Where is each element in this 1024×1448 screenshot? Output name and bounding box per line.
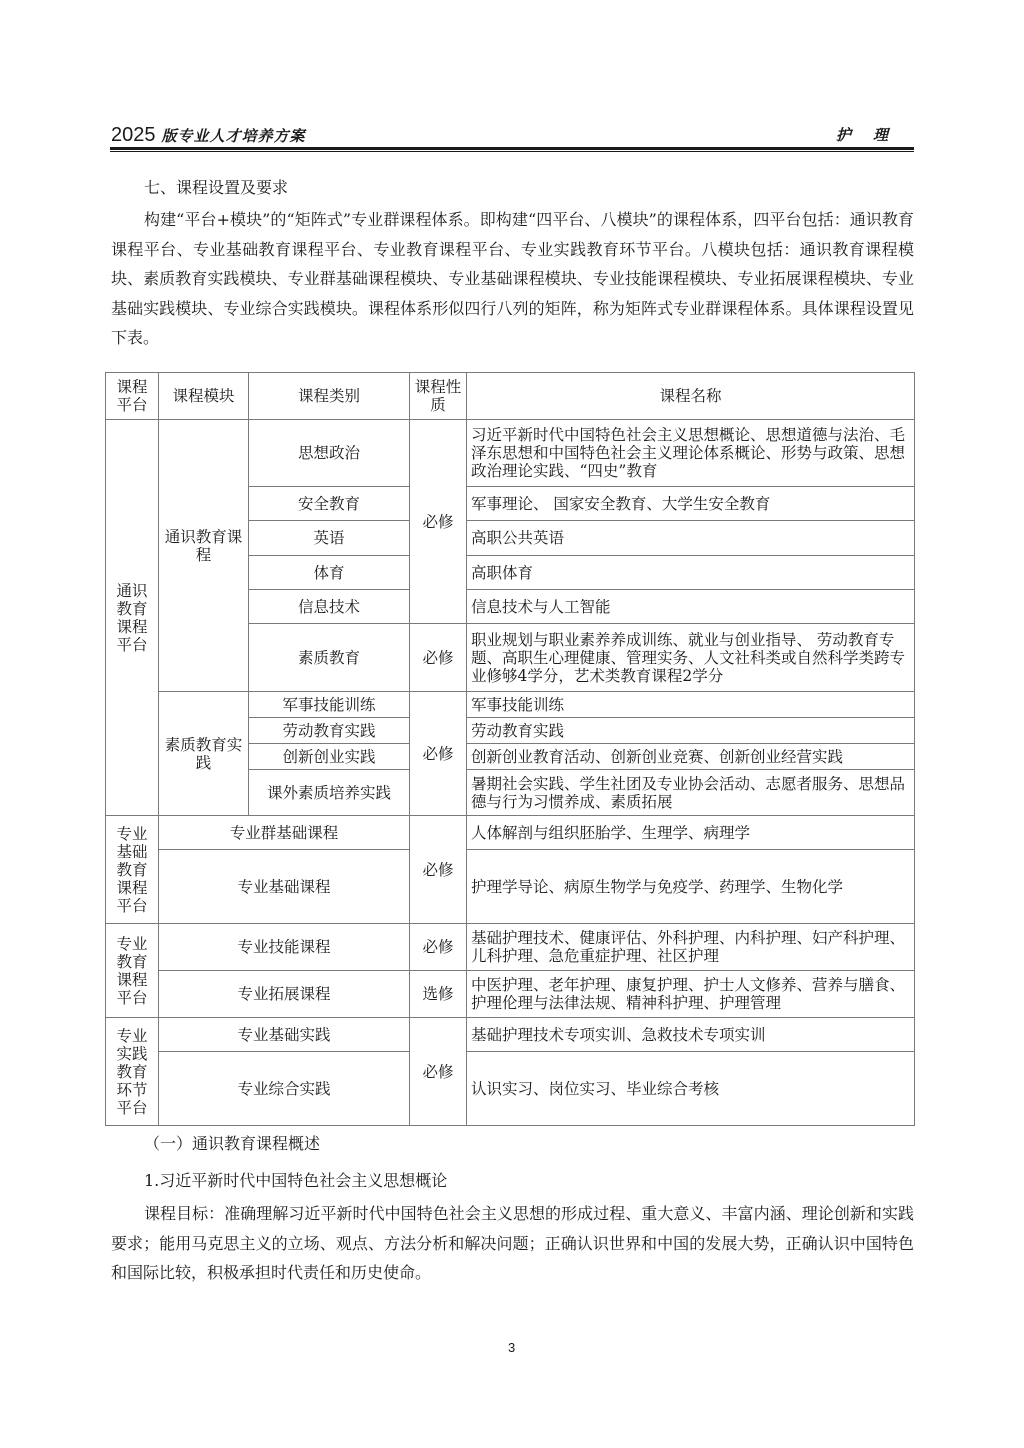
module-cell: 通识教育课程 (159, 420, 249, 692)
courses-cell: 中医护理、老年护理、康复护理、护士人文修养、营养与膳食、护理伦理与法律法规、精神… (467, 971, 915, 1018)
table-row: 专业基础课程 护理学导论、病原生物学与免疫学、药理学、生物化学 (106, 850, 915, 924)
course-table: 课程平台 课程模块 课程类别 课程性质 课程名称 通识教育课程平台 通识教育课程… (105, 372, 915, 1126)
courses-cell: 劳动教育实践 (467, 718, 915, 744)
nature-cell: 必修 (410, 1018, 467, 1126)
header-platform: 课程平台 (106, 373, 159, 420)
nature-cell: 选修 (410, 971, 467, 1018)
header-category: 课程类别 (249, 373, 410, 420)
category-cell: 安全教育 (249, 487, 410, 521)
courses-cell: 信息技术与人工智能 (467, 590, 915, 624)
courses-cell: 创新创业教育活动、创新创业竞赛、创新创业经营实践 (467, 744, 915, 770)
module-cell: 素质教育实践 (159, 692, 249, 816)
header-module: 课程模块 (159, 373, 249, 420)
category-cell: 英语 (249, 521, 410, 556)
nature-cell: 必修 (410, 924, 467, 971)
header-year: 2025 (111, 124, 156, 146)
section-intro-paragraph: 构建“平台+模块”的“矩阵式”专业群课程体系。即构建“四平台、八模块”的课程体系… (111, 205, 914, 353)
header-document-title: 2025 版专业人才培养方案 (111, 124, 306, 147)
header-rule-thin (110, 151, 914, 152)
category-cell: 信息技术 (249, 590, 410, 624)
module-cell: 专业基础课程 (159, 850, 410, 924)
module-cell: 专业拓展课程 (159, 971, 410, 1018)
category-cell: 思想政治 (249, 420, 410, 487)
platform-cell: 专业实践教育环节平台 (106, 1018, 159, 1126)
header-title: 版专业人才培养方案 (162, 127, 306, 145)
courses-cell: 高职体育 (467, 556, 915, 590)
module-cell: 专业综合实践 (159, 1052, 410, 1126)
platform-cell: 专业教育课程平台 (106, 924, 159, 1018)
section-title: 七、课程设置及要求 (144, 178, 288, 198)
category-cell: 军事技能训练 (249, 692, 410, 718)
courses-cell: 高职公共英语 (467, 521, 915, 556)
courses-cell: 人体解剖与组织胚胎学、生理学、病理学 (467, 816, 915, 850)
table-row: 素质教育实践 军事技能训练 必修 军事技能训练 (106, 692, 915, 718)
platform-cell: 专业基础教育课程平台 (106, 816, 159, 924)
courses-cell: 基础护理技术、健康评估、外科护理、内科护理、妇产科护理、儿科护理、急危重症护理、… (467, 924, 915, 971)
category-cell: 课外素质培养实践 (249, 770, 410, 816)
courses-cell: 护理学导论、病原生物学与免疫学、药理学、生物化学 (467, 850, 915, 924)
nature-cell: 必修 (410, 692, 467, 816)
module-cell: 专业基础实践 (159, 1018, 410, 1052)
category-cell: 劳动教育实践 (249, 718, 410, 744)
course-item-title: 1.习近平新时代中国特色社会主义思想概论 (144, 1171, 447, 1191)
nature-cell: 必修 (410, 816, 467, 924)
header-nature: 课程性质 (410, 373, 467, 420)
nature-cell: 必修 (410, 624, 467, 692)
category-cell: 创新创业实践 (249, 744, 410, 770)
courses-cell: 习近平新时代中国特色社会主义思想概论、思想道德与法治、毛泽东思想和中国特色社会主… (467, 420, 915, 487)
courses-cell: 基础护理技术专项实训、急救技术专项实训 (467, 1018, 915, 1052)
module-cell: 专业技能课程 (159, 924, 410, 971)
courses-cell: 军事技能训练 (467, 692, 915, 718)
table-row: 专业教育课程平台 专业技能课程 必修 基础护理技术、健康评估、外科护理、内科护理… (106, 924, 915, 971)
table-row: 专业基础教育课程平台 专业群基础课程 必修 人体解剖与组织胚胎学、生理学、病理学 (106, 816, 915, 850)
courses-cell: 认识实习、岗位实习、毕业综合考核 (467, 1052, 915, 1126)
platform-cell: 通识教育课程平台 (106, 420, 159, 816)
courses-cell: 暑期社会实践、学生社团及专业协会活动、志愿者服务、思想品德与行为习惯养成、素质拓… (467, 770, 915, 816)
table-row: 专业拓展课程 选修 中医护理、老年护理、康复护理、护士人文修养、营养与膳食、护理… (106, 971, 915, 1018)
courses-cell: 军事理论、 国家安全教育、大学生安全教育 (467, 487, 915, 521)
page-header: 2025 版专业人才培养方案 护理 (111, 124, 914, 146)
page-number: 3 (508, 1340, 515, 1355)
nature-cell: 必修 (410, 420, 467, 624)
table-row: 通识教育课程平台 通识教育课程 思想政治 必修 习近平新时代中国特色社会主义思想… (106, 420, 915, 487)
table-header-row: 课程平台 课程模块 课程类别 课程性质 课程名称 (106, 373, 915, 420)
course-objective-paragraph: 课程目标：准确理解习近平新时代中国特色社会主义思想的形成过程、重大意义、丰富内涵… (111, 1199, 914, 1288)
header-course-name: 课程名称 (467, 373, 915, 420)
module-cell: 专业群基础课程 (159, 816, 410, 850)
category-cell: 素质教育 (249, 624, 410, 692)
courses-cell: 职业规划与职业素养养成训练、就业与创业指导、 劳动教育专题、高职生心理健康、管理… (467, 624, 915, 692)
header-rule-thick (110, 147, 914, 150)
subsection-title: （一）通识教育课程概述 (144, 1134, 320, 1154)
header-major: 护理 (836, 124, 910, 146)
category-cell: 体育 (249, 556, 410, 590)
table-row: 专业实践教育环节平台 专业基础实践 必修 基础护理技术专项实训、急救技术专项实训 (106, 1018, 915, 1052)
table-row: 专业综合实践 认识实习、岗位实习、毕业综合考核 (106, 1052, 915, 1126)
